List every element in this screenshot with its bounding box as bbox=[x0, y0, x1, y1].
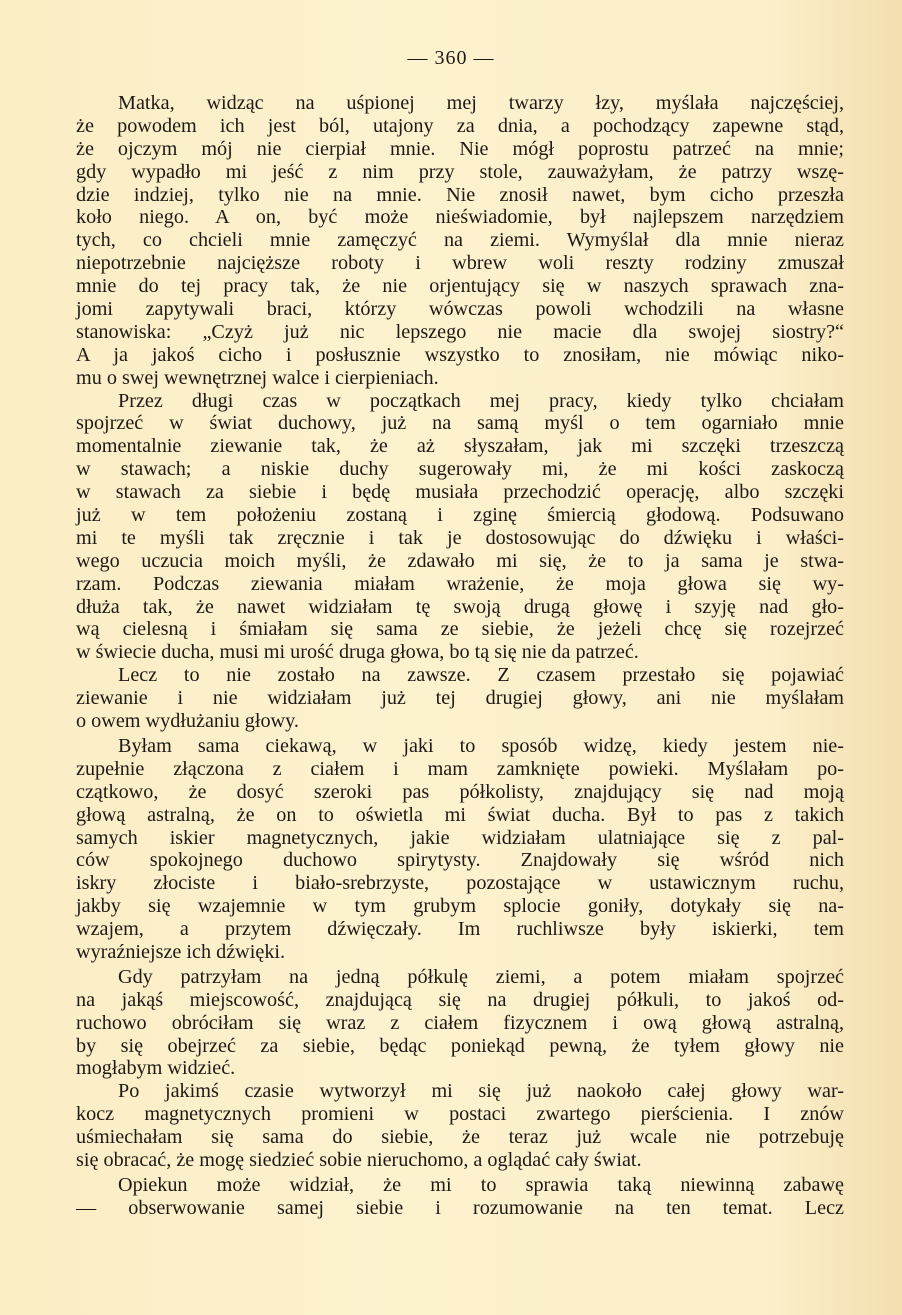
text-line: jakby się wzajemnie w tym grubym splocie… bbox=[76, 895, 844, 918]
page-body-text: Matka, widząc na uśpionej mej twarzy łzy… bbox=[76, 92, 844, 1220]
text-line: Lecz to nie zostało na zawsze. Z czasem … bbox=[76, 664, 844, 687]
text-line: wyraźniejsze ich dźwięki. bbox=[76, 941, 844, 964]
text-line: mu o swej wewnętrznej walce i cierpienia… bbox=[76, 367, 844, 390]
text-line: kocz magnetycznych promieni w postaci zw… bbox=[76, 1103, 844, 1126]
text-line: głową astralną, że on to oświetla mi świ… bbox=[76, 804, 844, 827]
text-line: Byłam sama ciekawą, w jaki to sposób wid… bbox=[76, 735, 844, 758]
paragraph: Opiekun może widział, że mi to sprawia t… bbox=[76, 1174, 844, 1220]
text-line: Po jakimś czasie wytworzył mi się już na… bbox=[76, 1080, 844, 1103]
text-line: się obracać, że mogę siedzieć sobie nier… bbox=[76, 1149, 844, 1172]
text-line: niepotrzebnie najcięższe roboty i wbrew … bbox=[76, 252, 844, 275]
paragraph: Gdy patrzyłam na jedną półkulę ziemi, a … bbox=[76, 966, 844, 1080]
text-line: samych iskier magnetycznych, jakie widzi… bbox=[76, 827, 844, 850]
text-line: dzie indziej, tylko nie na mnie. Nie zno… bbox=[76, 184, 844, 207]
paragraph: Po jakimś czasie wytworzył mi się już na… bbox=[76, 1080, 844, 1172]
text-line: mi te myśli tak zręcznie i tak je dostos… bbox=[76, 527, 844, 550]
text-line: w świecie ducha, musi mi urość druga gło… bbox=[76, 641, 844, 664]
paragraph: Matka, widząc na uśpionej mej twarzy łzy… bbox=[76, 92, 844, 390]
paragraph: Byłam sama ciekawą, w jaki to sposób wid… bbox=[76, 735, 844, 964]
text-line: mnie do tej pracy tak, że nie orjentując… bbox=[76, 275, 844, 298]
text-line: ruchowo obróciłam się wraz z ciałem fizy… bbox=[76, 1012, 844, 1035]
text-line: — obserwowanie samej siebie i rozumowani… bbox=[76, 1197, 844, 1220]
text-line: spojrzeć w świat duchowy, już na samą my… bbox=[76, 412, 844, 435]
paragraph: Lecz to nie zostało na zawsze. Z czasem … bbox=[76, 664, 844, 733]
text-line: w stawach; a niskie duchy sugerowały mi,… bbox=[76, 458, 844, 481]
text-line: ców spokojnego duchowo spirytysty. Znajd… bbox=[76, 849, 844, 872]
text-line: rzam. Podczas ziewania miałam wrażenie, … bbox=[76, 573, 844, 596]
text-line: że ojczym mój nie cierpiał mnie. Nie móg… bbox=[76, 138, 844, 161]
text-line: Opiekun może widział, że mi to sprawia t… bbox=[76, 1174, 844, 1197]
text-line: Gdy patrzyłam na jedną półkulę ziemi, a … bbox=[76, 966, 844, 989]
text-line: wą cielesną i śmiałam się sama ze siebie… bbox=[76, 618, 844, 641]
text-line: wzajem, a przytem dźwięczały. Im ruchliw… bbox=[76, 918, 844, 941]
text-line: w stawach za siebie i będę musiała przec… bbox=[76, 481, 844, 504]
text-line: mogłabym widzieć. bbox=[76, 1057, 844, 1080]
text-line: momentalnie ziewanie tak, że aż słyszała… bbox=[76, 435, 844, 458]
text-line: ziewanie i nie widziałam już tej drugiej… bbox=[76, 687, 844, 710]
text-line: wego uczucia moich myśli, że zdawało mi … bbox=[76, 550, 844, 573]
text-line: tych, co chcieli mnie zamęczyć na ziemi.… bbox=[76, 229, 844, 252]
book-page: — 360 — Matka, widząc na uśpionej mej tw… bbox=[0, 0, 902, 1315]
text-line: uśmiechałam się sama do siebie, że teraz… bbox=[76, 1126, 844, 1149]
text-line: o owem wydłużaniu głowy. bbox=[76, 710, 844, 733]
page-number: — 360 — bbox=[0, 47, 902, 70]
text-line: na jakąś miejscowość, znajdującą się na … bbox=[76, 989, 844, 1012]
text-line: że powodem ich jest ból, utajony za dnia… bbox=[76, 115, 844, 138]
text-line: iskry złociste i biało-srebrzyste, pozos… bbox=[76, 872, 844, 895]
text-line: koło niego. A on, być może nieświadomie,… bbox=[76, 206, 844, 229]
text-line: zupełnie złączona z ciałem i mam zamknię… bbox=[76, 758, 844, 781]
text-line: już w tem położeniu zostaną i zginę śmie… bbox=[76, 504, 844, 527]
text-line: stanowiska: „Czyż już nic lepszego nie m… bbox=[76, 321, 844, 344]
text-line: gdy wypadło mi jeść z nim przy stole, za… bbox=[76, 161, 844, 184]
text-line: Przez długi czas w początkach mej pracy,… bbox=[76, 390, 844, 413]
text-line: by się obejrzeć za siebie, będąc ponieką… bbox=[76, 1035, 844, 1058]
text-line: czątkowo, że dosyć szeroki pas półkolist… bbox=[76, 781, 844, 804]
text-line: A ja jakoś cicho i posłusznie wszystko t… bbox=[76, 344, 844, 367]
text-line: Matka, widząc na uśpionej mej twarzy łzy… bbox=[76, 92, 844, 115]
text-line: jomi zapytywali braci, którzy wówczas po… bbox=[76, 298, 844, 321]
paragraph: Przez długi czas w początkach mej pracy,… bbox=[76, 390, 844, 665]
text-line: dłuża tak, że nawet widziałam tę swoją d… bbox=[76, 596, 844, 619]
